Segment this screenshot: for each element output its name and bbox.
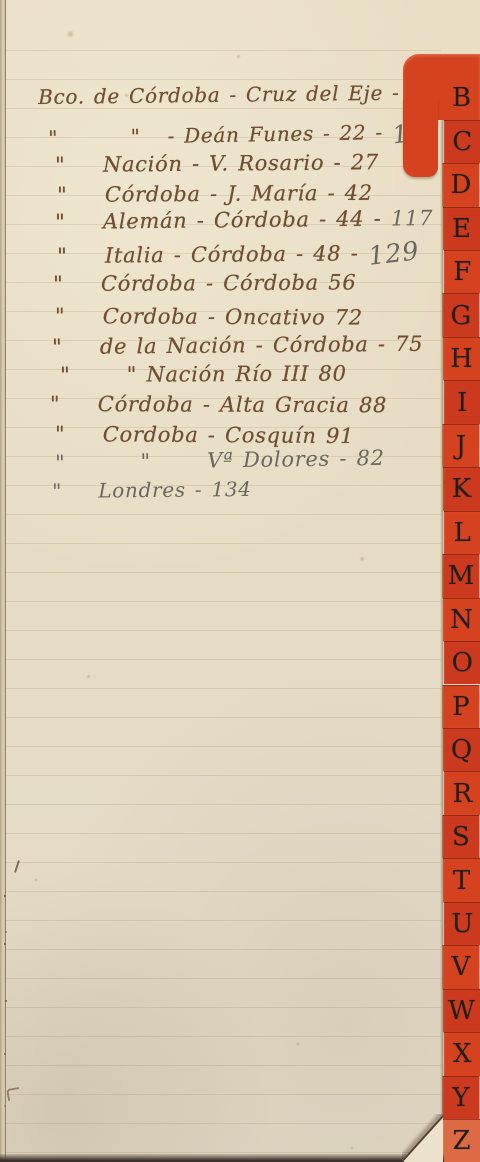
tab-letter: F	[453, 259, 471, 285]
tab-letter: W	[448, 998, 475, 1024]
page-corner-fold	[402, 1114, 443, 1162]
tab-letter: H	[450, 346, 473, 372]
alphabet-tab-c: C	[444, 120, 480, 163]
tab-letter: I	[457, 390, 467, 416]
alphabet-tab-f: F	[444, 250, 480, 293]
tab-letter: K	[452, 476, 471, 502]
alphabet-tab-y: Y	[442, 1076, 479, 1119]
tab-letter: Q	[451, 737, 472, 763]
tab-letter: P	[452, 694, 470, 720]
tab-letter: M	[448, 563, 475, 589]
tab-letter: U	[451, 911, 473, 937]
tab-letter: R	[453, 781, 473, 807]
tab-letter: E	[452, 216, 471, 242]
alphabet-tab-g: G	[442, 293, 479, 336]
tab-letter: L	[454, 520, 471, 546]
alphabet-tab-x: X	[444, 1032, 480, 1075]
alphabet-tab-e: E	[443, 207, 480, 250]
alphabet-tab-b: B	[443, 76, 480, 119]
alphabet-tab-i: I	[444, 380, 480, 423]
tab-letter: V	[452, 954, 471, 980]
tab-letter: O	[452, 650, 473, 676]
alphabet-tab-o: O	[444, 641, 480, 684]
tab-letter: Z	[452, 1128, 470, 1154]
alphabet-tab-s: S	[442, 815, 479, 858]
alphabet-tab-n: N	[443, 598, 480, 641]
alphabet-tab-m: M	[442, 554, 479, 597]
alphabet-tab-q: Q	[443, 728, 480, 771]
binding-edge	[0, 0, 6, 1162]
bottom-scan-edge	[0, 1154, 444, 1162]
alphabet-tab-p: P	[442, 685, 479, 728]
alphabet-tab-h: H	[443, 337, 480, 380]
alphabet-tab-r: R	[444, 771, 480, 814]
alphabet-tab-u: U	[444, 902, 480, 945]
tab-letter: X	[453, 1041, 472, 1067]
tab-letter: B	[452, 85, 471, 111]
page-edge-shadow	[440, 120, 443, 1156]
tab-letter: G	[451, 303, 472, 329]
alphabet-tab-rail: BCDEFGHIJKLMNOPQRSTUVWXYZ	[0, 0, 480, 1162]
tab-letter: S	[452, 824, 470, 850]
scanned-index-page: Bco. de Córdoba - Cruz del Eje - 20 -" "…	[0, 0, 480, 1162]
tab-letter: Y	[452, 1085, 469, 1111]
tab-letter: N	[450, 607, 473, 633]
alphabet-tab-j: J	[442, 424, 479, 467]
alphabet-tab-v: V	[442, 945, 479, 988]
tab-letter: D	[450, 172, 471, 198]
tab-letter: J	[456, 433, 466, 459]
alphabet-tab-d: D	[442, 163, 479, 206]
alphabet-tab-l: L	[444, 511, 480, 554]
tab-letter: T	[453, 868, 470, 894]
edge-specks	[4, 895, 6, 897]
tab-letter: C	[452, 129, 472, 155]
alphabet-tab-w: W	[443, 989, 480, 1032]
alphabet-tab-t: T	[443, 858, 480, 901]
alphabet-tab-z: Z	[443, 1119, 480, 1162]
alphabet-tab-k: K	[443, 467, 480, 510]
